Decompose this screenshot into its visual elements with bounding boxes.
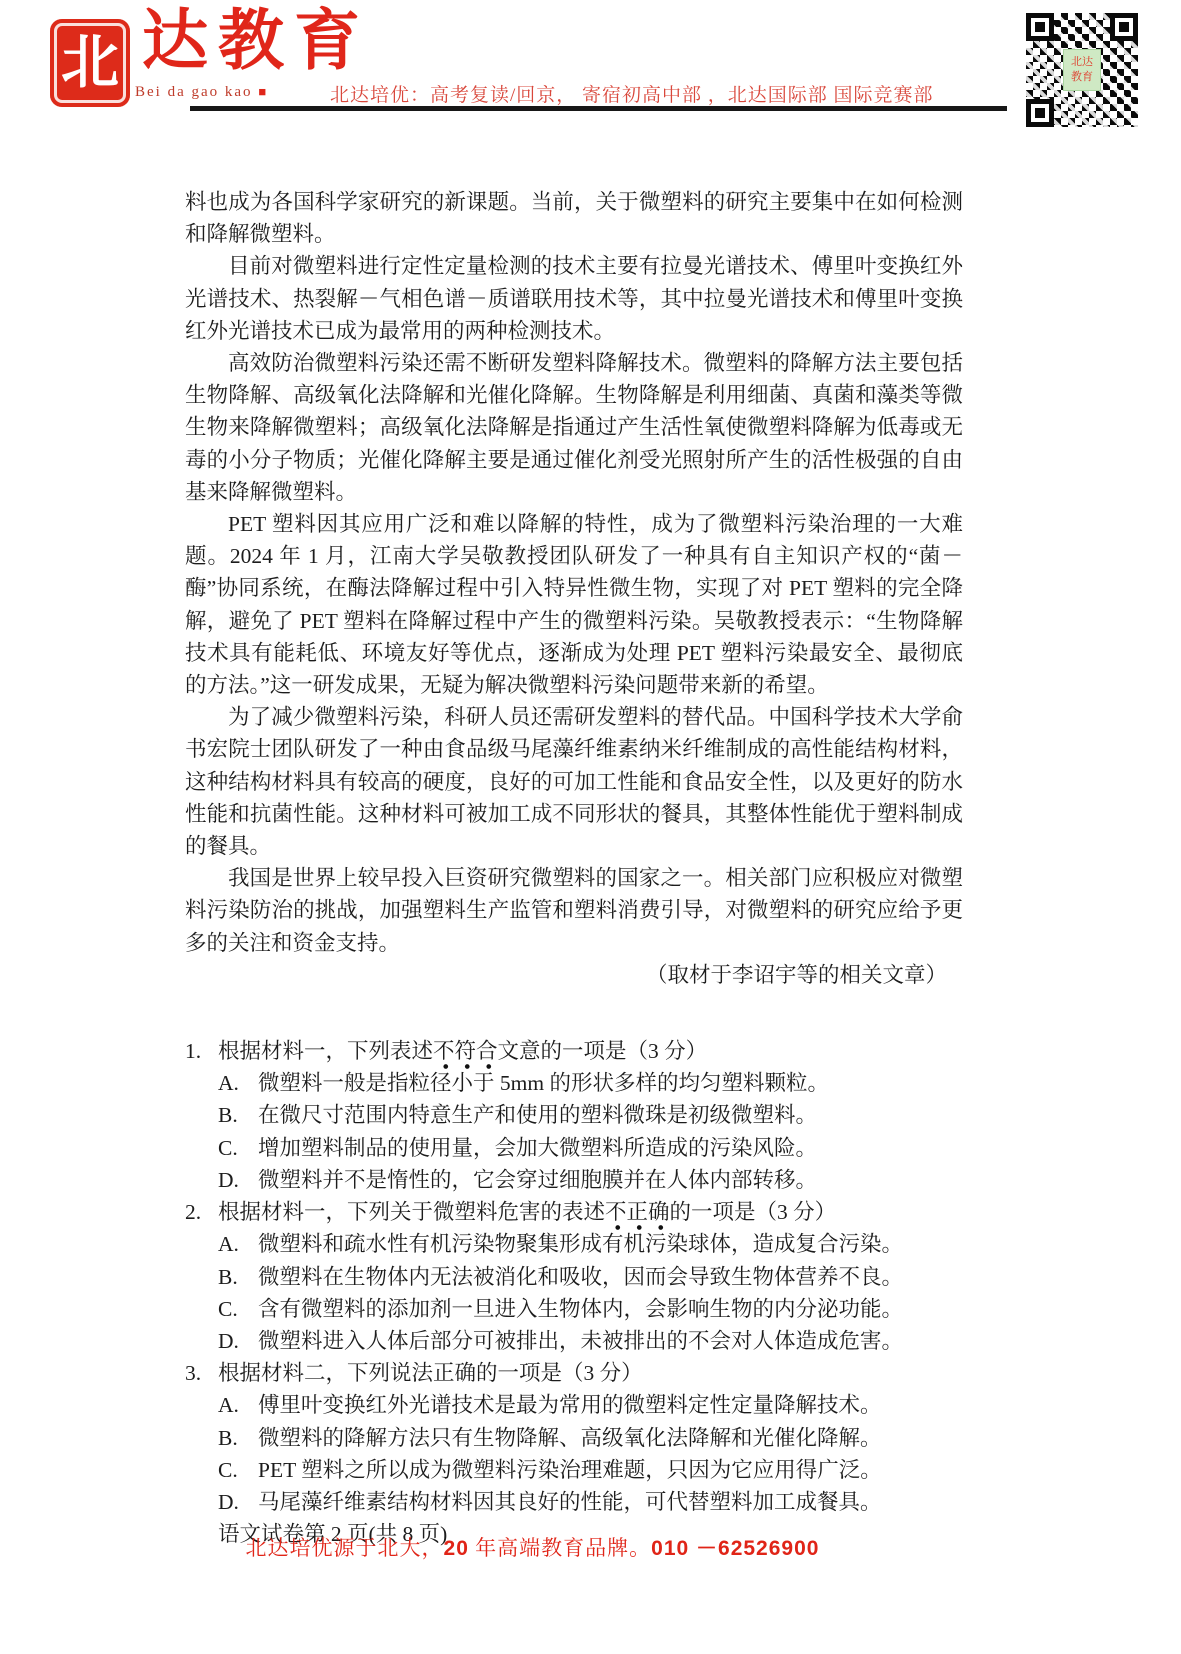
question-stem: 2. 根据材料一，下列关于微塑料危害的表述不正确的一项是（3 分） <box>185 1196 963 1228</box>
question-number: 1. <box>185 1035 218 1067</box>
question-stem-text: 根据材料一，下列表述不符合文意的一项是（3 分） <box>218 1035 963 1067</box>
option-row: C. 含有微塑料的添加剂一旦进入生物体内，会影响生物的内分泌功能。 <box>185 1293 963 1325</box>
option-label: A. <box>218 1389 258 1421</box>
option-row: D. 微塑料进入人体后部分可被排出，未被排出的不会对人体造成危害。 <box>185 1325 963 1357</box>
option-label: B. <box>218 1422 258 1454</box>
source-attribution: （取材于李诏宇等的相关文章） <box>185 959 963 991</box>
option-row: A. 微塑料和疏水性有机污染物聚集形成有机污染球体，造成复合污染。 <box>185 1228 963 1260</box>
option-row: C. 增加塑料制品的使用量，会加大微塑料所造成的污染风险。 <box>185 1132 963 1164</box>
option-row: A. 傅里叶变换红外光谱技术是最为常用的微塑料定性定量降解技术。 <box>185 1389 963 1421</box>
option-text: 微塑料进入人体后部分可被排出，未被排出的不会对人体造成危害。 <box>258 1325 963 1357</box>
question-item: 3. 根据材料二，下列说法正确的一项是（3 分） A. 傅里叶变换红外光谱技术是… <box>185 1357 963 1518</box>
stem-pre: 根据材料一，下列关于微塑料危害的表述 <box>218 1200 605 1224</box>
qr-finder-top-right-icon <box>1110 13 1138 41</box>
brand-square-icon: ■ <box>258 84 268 99</box>
option-label: D. <box>218 1325 258 1357</box>
option-row: A. 微塑料一般是指粒径小于 5mm 的形状多样的均匀塑料颗粒。 <box>185 1067 963 1099</box>
stem-post: 文意的一项是（3 分） <box>498 1039 708 1063</box>
question-stem-text: 根据材料二，下列说法正确的一项是（3 分） <box>218 1357 963 1389</box>
qr-label-line2: 教育 <box>1064 70 1100 85</box>
option-text: 傅里叶变换红外光谱技术是最为常用的微塑料定性定量降解技术。 <box>258 1389 963 1421</box>
option-row: D. 微塑料并不是惰性的，它会穿过细胞膜并在人体内部转移。 <box>185 1164 963 1196</box>
material-paragraph: PET 塑料因其应用广泛和难以降解的特性，成为了微塑料污染治理的一大难题。202… <box>185 508 963 701</box>
brand-logo-seal: 北 <box>50 19 130 107</box>
qr-finder-top-left-icon <box>1026 13 1054 41</box>
material-paragraph: 目前对微塑料进行定性定量检测的技术主要有拉曼光谱技术、傅里叶变换红外光谱技术、热… <box>185 250 963 347</box>
option-row: C. PET 塑料之所以成为微塑料污染治理难题，只因为它应用得广泛。 <box>185 1454 963 1486</box>
question-stem: 1. 根据材料一，下列表述不符合文意的一项是（3 分） <box>185 1035 963 1067</box>
header-divider <box>190 106 1007 111</box>
option-row: B. 微塑料在生物体内无法被消化和吸收，因而会导致生物体营养不良。 <box>185 1261 963 1293</box>
brand-pinyin-text: Bei da gao kao <box>135 84 253 100</box>
stem-post: 的一项是（3 分） <box>670 1200 837 1224</box>
stem-emphasized: 不符合 <box>433 1039 498 1070</box>
stem-emphasized: 不正确 <box>605 1200 670 1231</box>
banner-phone-number: 010 －62526900 <box>651 1537 819 1560</box>
option-text: 微塑料并不是惰性的，它会穿过细胞膜并在人体内部转移。 <box>258 1164 963 1196</box>
header-slogan: 北达培优：高考复读/回京， 寄宿初高中部 ，北达国际部 国际竞赛部 <box>330 80 970 107</box>
option-text: 微塑料的降解方法只有生物降解、高级氧化法降解和光催化降解。 <box>258 1422 963 1454</box>
question-item: 2. 根据材料一，下列关于微塑料危害的表述不正确的一项是（3 分） A. 微塑料… <box>185 1196 963 1357</box>
option-text: PET 塑料之所以成为微塑料污染治理难题，只因为它应用得广泛。 <box>258 1454 963 1486</box>
option-label: B. <box>218 1099 258 1131</box>
option-label: C. <box>218 1132 258 1164</box>
option-text: 含有微塑料的添加剂一旦进入生物体内，会影响生物的内分泌功能。 <box>258 1293 963 1325</box>
question-stem: 3. 根据材料二，下列说法正确的一项是（3 分） <box>185 1357 963 1389</box>
option-row: B. 在微尺寸范围内特意生产和使用的塑料微珠是初级微塑料。 <box>185 1099 963 1131</box>
questions-section: 1. 根据材料一，下列表述不符合文意的一项是（3 分） A. 微塑料一般是指粒径… <box>185 1035 963 1518</box>
question-item: 1. 根据材料一，下列表述不符合文意的一项是（3 分） A. 微塑料一般是指粒径… <box>185 1035 963 1196</box>
material-paragraph: 高效防治微塑料污染还需不断研发塑料降解技术。微塑料的降解方法主要包括生物降解、高… <box>185 347 963 508</box>
option-label: A. <box>218 1067 258 1099</box>
option-text: 马尾藻纤维素结构材料因其良好的性能，可代替塑料加工成餐具。 <box>258 1486 963 1518</box>
option-label: A. <box>218 1228 258 1260</box>
option-label: D. <box>218 1164 258 1196</box>
brand-pinyin: Bei da gao kao ■ <box>135 84 268 101</box>
banner-years: 20 <box>444 1537 469 1560</box>
stem-pre: 根据材料一，下列表述 <box>218 1039 433 1063</box>
material-paragraph: 为了减少微塑料污染，科研人员还需研发塑料的替代品。中国科学技术大学俞书宏院士团队… <box>185 701 963 862</box>
exam-paper-page: 北 达教育 Bei da gao kao ■ 北达培优：高考复读/回京， 寄宿初… <box>0 0 1181 1654</box>
brand-seal-character: 北 <box>61 34 119 92</box>
option-row: D. 马尾藻纤维素结构材料因其良好的性能，可代替塑料加工成餐具。 <box>185 1486 963 1518</box>
qr-center-label: 北达 教育 <box>1063 49 1101 91</box>
option-text: 微塑料在生物体内无法被消化和吸收，因而会导致生物体营养不良。 <box>258 1261 963 1293</box>
option-label: B. <box>218 1261 258 1293</box>
bottom-banner: 北达培优源于北大，20 年高端教育品牌。010 －62526900 <box>0 1532 1065 1562</box>
option-label: C. <box>218 1454 258 1486</box>
option-text: 增加塑料制品的使用量，会加大微塑料所造成的污染风险。 <box>258 1132 963 1164</box>
qr-finder-bottom-left-icon <box>1026 99 1054 127</box>
banner-text: 年高端教育品牌。 <box>469 1536 651 1560</box>
qr-code: 北达 教育 <box>1026 13 1138 127</box>
option-label: D. <box>218 1486 258 1518</box>
brand-script-title: 达教育 <box>142 6 370 79</box>
document-body: 料也成为各国科学家研究的新课题。当前，关于微塑料的研究主要集中在如何检测和降解微… <box>185 186 963 1550</box>
question-number: 2. <box>185 1196 218 1228</box>
option-text: 微塑料和疏水性有机污染物聚集形成有机污染球体，造成复合污染。 <box>258 1228 963 1260</box>
question-number: 3. <box>185 1357 218 1389</box>
stem-pre: 根据材料二，下列说法正确的一项是（3 分） <box>218 1361 643 1385</box>
question-stem-text: 根据材料一，下列关于微塑料危害的表述不正确的一项是（3 分） <box>218 1196 963 1228</box>
banner-text: 北达培优源于北大， <box>246 1536 444 1560</box>
option-label: C. <box>218 1293 258 1325</box>
qr-label-line1: 北达 <box>1064 55 1100 70</box>
material-paragraph: 我国是世界上较早投入巨资研究微塑料的国家之一。相关部门应积极应对微塑料污染防治的… <box>185 862 963 959</box>
option-text: 微塑料一般是指粒径小于 5mm 的形状多样的均匀塑料颗粒。 <box>258 1067 963 1099</box>
option-row: B. 微塑料的降解方法只有生物降解、高级氧化法降解和光催化降解。 <box>185 1422 963 1454</box>
material-paragraph: 料也成为各国科学家研究的新课题。当前，关于微塑料的研究主要集中在如何检测和降解微… <box>185 186 963 250</box>
option-text: 在微尺寸范围内特意生产和使用的塑料微珠是初级微塑料。 <box>258 1099 963 1131</box>
